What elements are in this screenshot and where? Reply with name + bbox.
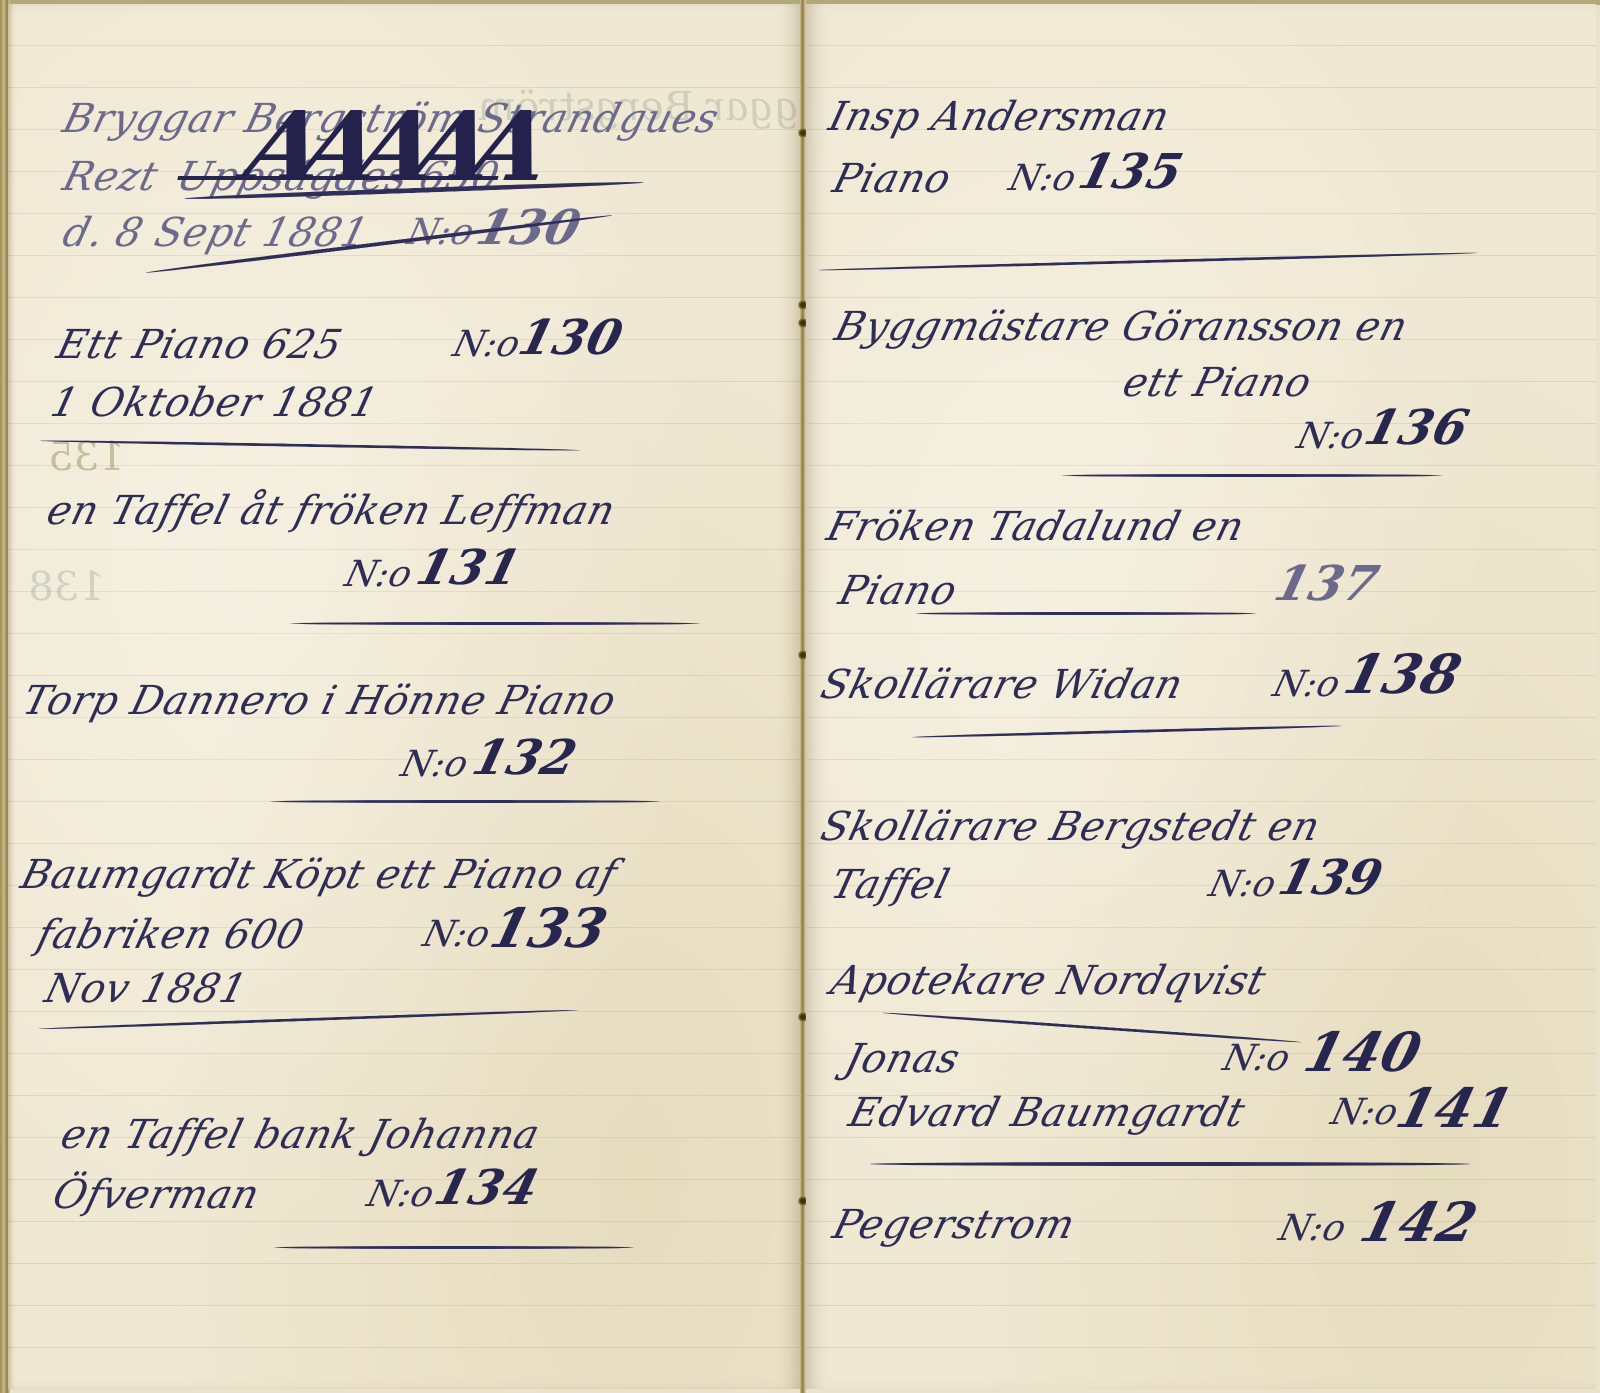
entry-136-line2: ett Piano: [1118, 360, 1316, 406]
entry-139-line1: Skollärare Bergstedt en: [816, 804, 1325, 850]
entry-142-line1: Pegerstrom: [828, 1202, 1079, 1248]
entry-141-number-label: N:o: [1327, 1092, 1403, 1133]
right-page: Insp Andersman Piano N:o 135 Byggmästare…: [806, 4, 1596, 1389]
entry-separator-rule: [274, 1246, 634, 1249]
entry-separator-rule: [290, 622, 700, 625]
entry-133-line2: fabriken 600: [32, 912, 308, 958]
entry-136-line1: Byggmästare Göransson en: [830, 304, 1412, 350]
entry-138-number: 138: [1338, 642, 1468, 706]
entry-136-number-label: N:o: [1293, 416, 1369, 457]
entry-140-number-label: N:o: [1219, 1038, 1295, 1079]
entry-130-line1: Ett Piano 625: [52, 322, 347, 368]
entry-separator-rule: [270, 800, 660, 803]
entry-137-line1: Fröken Tadalund en: [822, 504, 1249, 550]
entry-140-line1: Apotekare Nordqvist: [826, 958, 1270, 1004]
entry-131-number: 131: [411, 540, 527, 596]
entry-130-line2: 1 Oktober 1881: [46, 380, 383, 426]
entry-134-number: 134: [429, 1160, 545, 1216]
entry-separator-rule: [870, 1162, 1470, 1166]
entry-137-number: 137: [1269, 556, 1385, 612]
entry-142-number: 142: [1354, 1190, 1484, 1254]
entry-141-line1: Edvard Baumgardt: [844, 1090, 1249, 1136]
entry-135-number-label: N:o: [1005, 158, 1081, 199]
entry-133-number: 133: [484, 896, 614, 960]
entry-133-line3: Nov 1881: [40, 966, 252, 1012]
entry-132-line1: Torp Dannero i Hönne Piano: [18, 678, 620, 724]
entry-139-number: 139: [1273, 850, 1389, 906]
entry-135-line1: Insp Andersman: [824, 94, 1174, 140]
entry-133-number-label: N:o: [419, 914, 495, 955]
entry-140-number: 140: [1298, 1020, 1428, 1084]
offset-ghost-text: 138: [24, 564, 108, 610]
entry-141-number: 141: [1390, 1076, 1520, 1140]
entry-132-number: 132: [467, 730, 583, 786]
entry-131-number-label: N:o: [341, 554, 417, 595]
entry-separator-rule: [1062, 474, 1442, 477]
entry-138-number-label: N:o: [1269, 664, 1345, 705]
entry-134-line2: Öfverman: [48, 1172, 264, 1218]
entry-134-number-label: N:o: [363, 1174, 439, 1215]
entry-132-number-label: N:o: [397, 744, 473, 785]
entry-separator-rule: [912, 724, 1342, 738]
entry-142-number-label: N:o: [1275, 1208, 1351, 1249]
entry-133-line1: Baumgardt Köpt ett Piano af: [16, 852, 621, 898]
entry-130-cancelled-line2: Rezt: [58, 154, 162, 200]
entry-131-line1: en Taffel åt fröken Leffman: [42, 488, 620, 534]
entry-139-number-label: N:o: [1205, 864, 1281, 905]
entry-139-line2: Taffel: [826, 862, 954, 908]
entry-137-line2: Piano: [834, 568, 961, 614]
entry-135-number: 135: [1073, 144, 1189, 200]
notebook-spread: Bryggar Bergström 135 138 Bryggar Bergst…: [0, 0, 1600, 1393]
left-page: Bryggar Bergström 135 138 Bryggar Bergst…: [8, 4, 800, 1389]
entry-140-line2: Jonas: [840, 1036, 964, 1082]
entry-130-number: 130: [513, 310, 629, 366]
entry-130-number-label: N:o: [449, 324, 525, 365]
entry-separator-rule: [818, 251, 1478, 271]
entry-135-line2: Piano: [828, 156, 955, 202]
entry-134-line1: en Taffel bank Johanna: [56, 1112, 544, 1158]
entry-138-line1: Skollärare Widan: [816, 662, 1188, 708]
entry-underline-rule: [916, 612, 1256, 615]
entry-136-number: 136: [1359, 400, 1475, 456]
